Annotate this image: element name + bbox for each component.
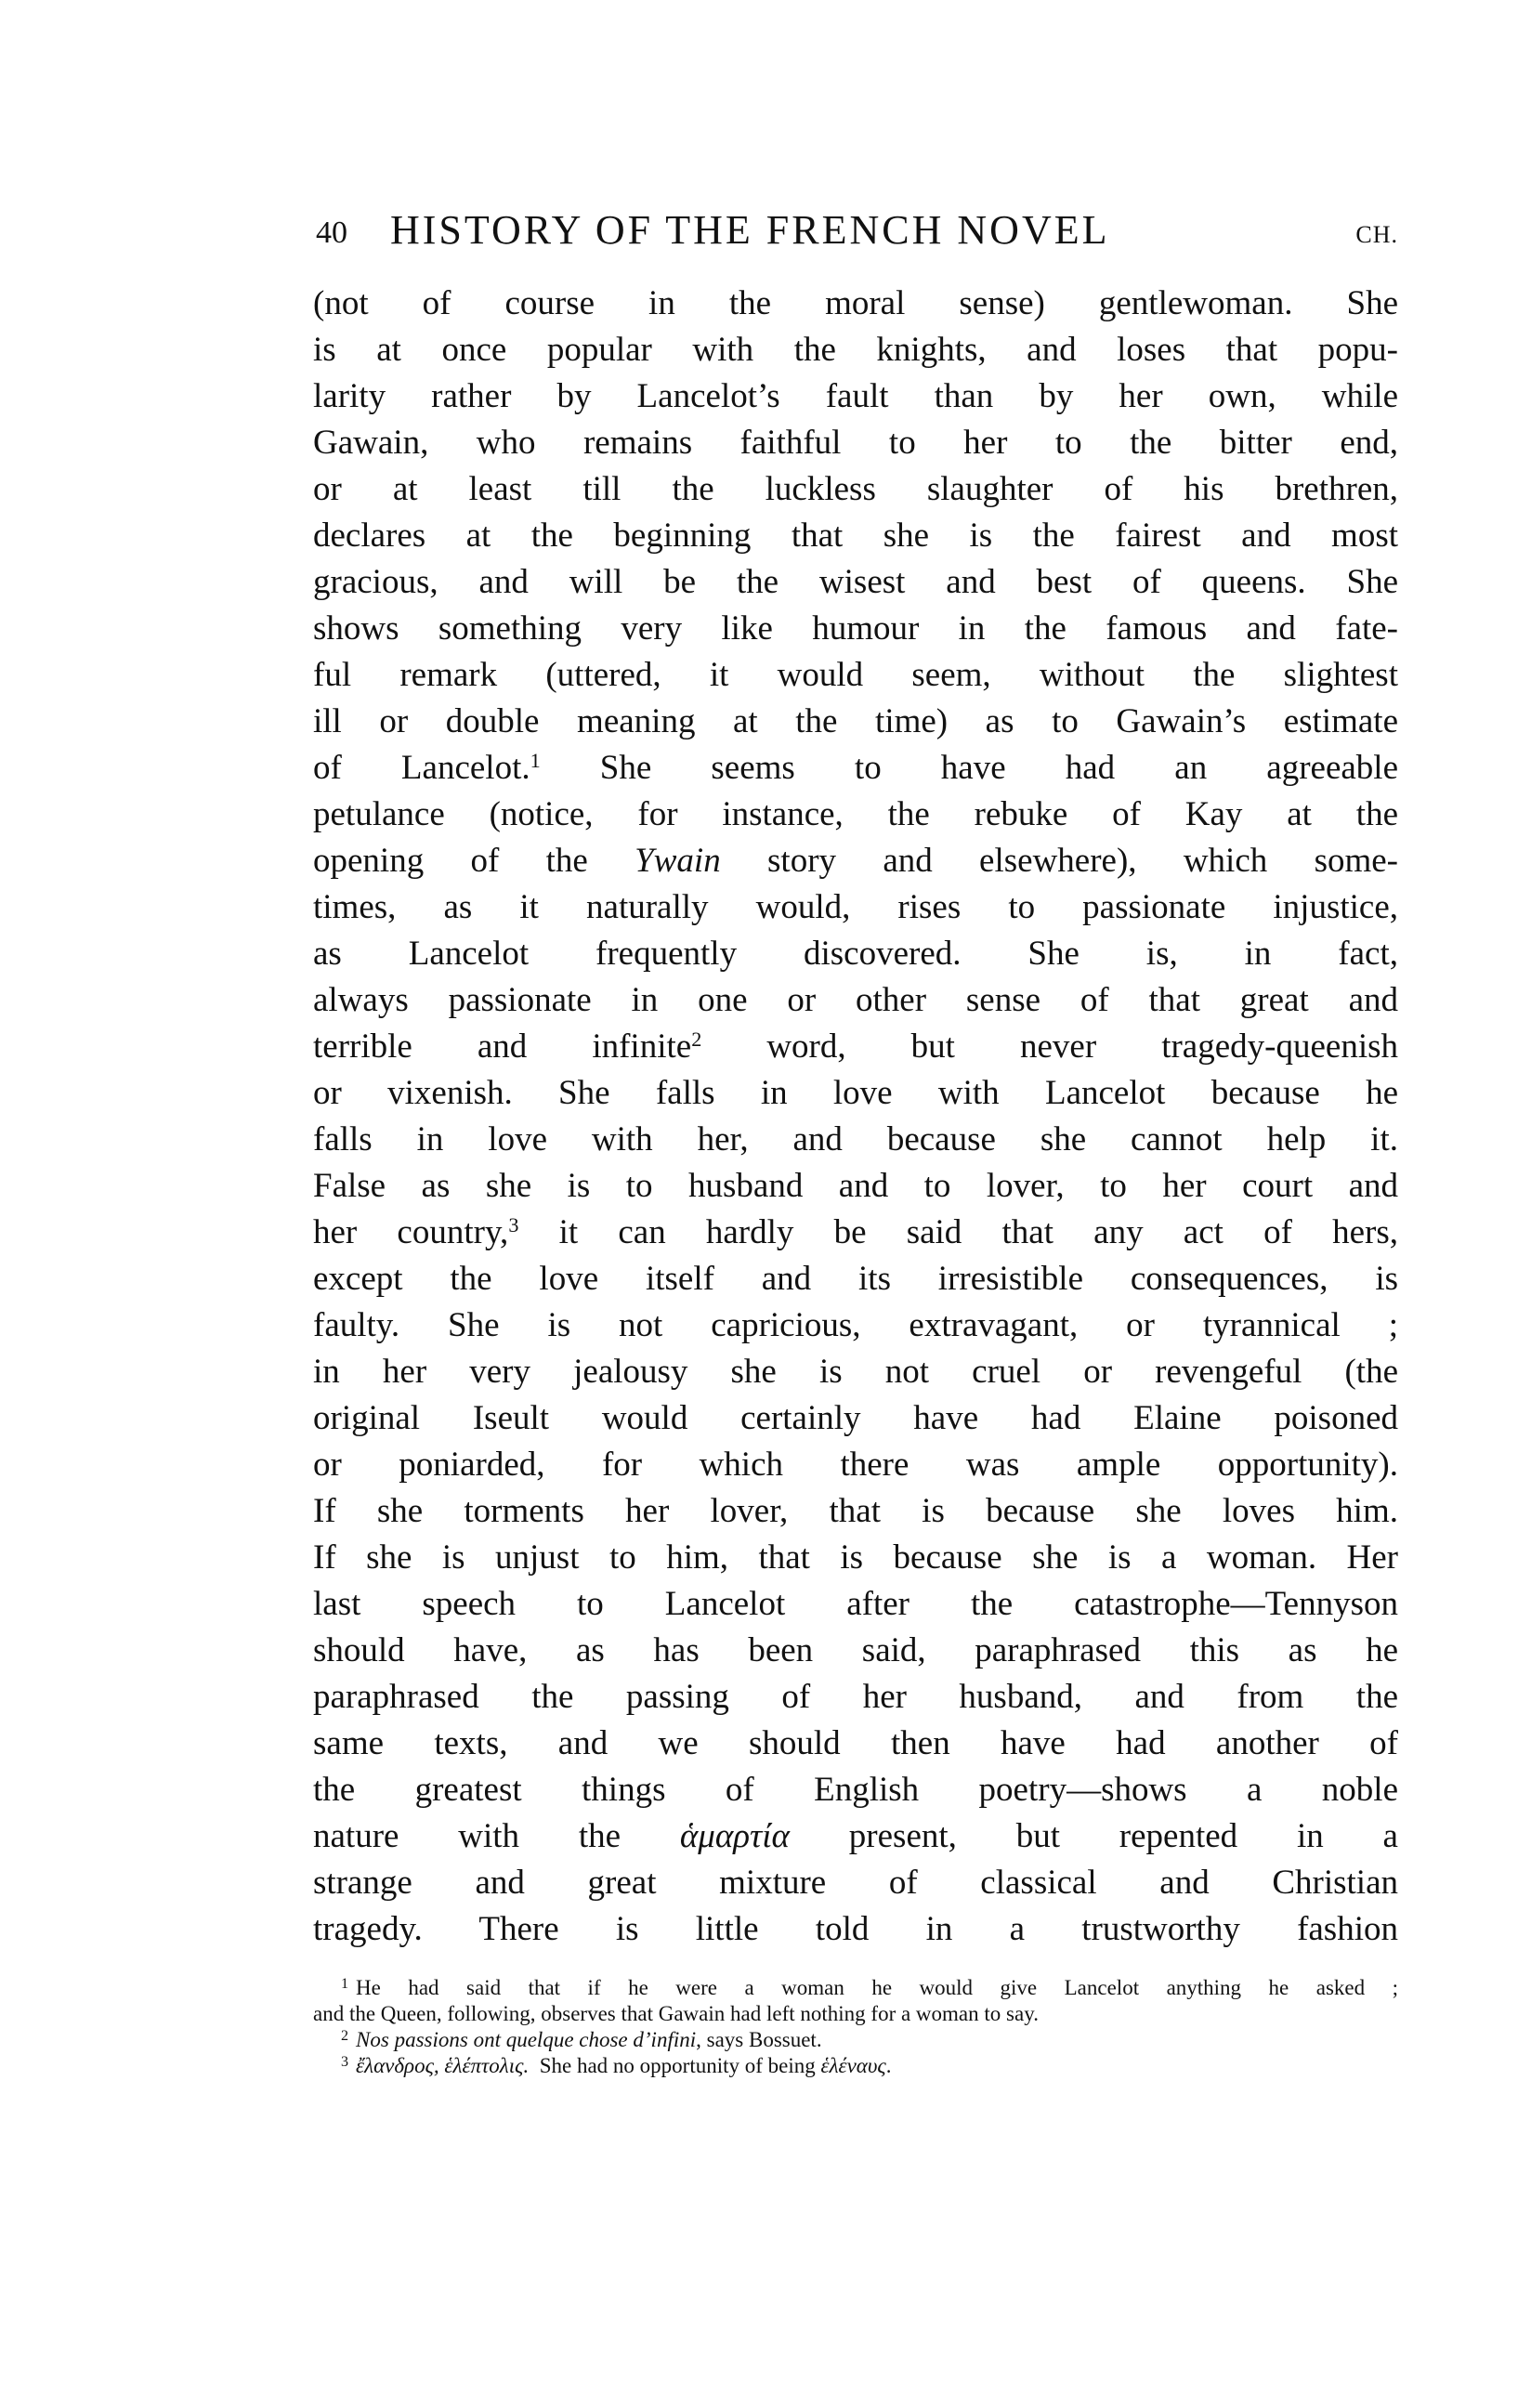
line-text: always passionate in one or other sense … bbox=[313, 981, 1398, 1019]
page-number: 40 bbox=[316, 216, 347, 251]
text-line: opening of the Ywain story and elsewhere… bbox=[313, 838, 1398, 884]
line-text: paraphrased the passing of her husband, … bbox=[313, 1678, 1398, 1716]
text-line: (not of course in the moral sense) gentl… bbox=[313, 281, 1398, 327]
line-text: same texts, and we should then have had … bbox=[313, 1724, 1398, 1762]
line-text: False as she is to husband and to lover,… bbox=[313, 1167, 1398, 1205]
line-text: falls in love with her, and because she … bbox=[313, 1120, 1398, 1158]
line-text: or poniarded, for which there was ample … bbox=[313, 1446, 1398, 1484]
footnote-text: She had no opportunity of being bbox=[529, 2054, 820, 2077]
text-line: or at least till the luckless slaughter … bbox=[313, 466, 1398, 513]
footnote-reference: 3 bbox=[508, 1213, 518, 1237]
footnote-quote: Nos passions ont quelque chose d’infini bbox=[356, 2028, 696, 2051]
text-line: times, as it naturally would, rises to p… bbox=[313, 884, 1398, 931]
line-text: tragedy. There is little told in a trust… bbox=[313, 1910, 1398, 1948]
text-line: same texts, and we should then have had … bbox=[313, 1721, 1398, 1767]
line-text: present, but repented in a bbox=[790, 1817, 1398, 1855]
text-line: is at once popular with the knights, and… bbox=[313, 327, 1398, 373]
line-text: her country, bbox=[313, 1213, 508, 1251]
text-line: of Lancelot.1 She seems to have had an a… bbox=[313, 745, 1398, 792]
footnote-reference: 1 bbox=[530, 749, 541, 772]
line-text: times, as it naturally would, rises to p… bbox=[313, 888, 1398, 926]
footnote-text: and the Queen, following, observes that … bbox=[313, 2002, 1039, 2025]
text-line: or vixenish. She falls in love with Lanc… bbox=[313, 1070, 1398, 1117]
footnote-mark: 1 bbox=[341, 1976, 348, 1992]
line-text: She seems to have had an agreeable bbox=[541, 749, 1398, 787]
footnote-text: . bbox=[886, 2054, 892, 2077]
text-line: as Lancelot frequently discovered. She i… bbox=[313, 931, 1398, 977]
line-text: terrible and infinite bbox=[313, 1027, 691, 1066]
text-line: or poniarded, for which there was ample … bbox=[313, 1442, 1398, 1488]
text-line: shows something very like humour in the … bbox=[313, 606, 1398, 652]
line-text: should have, as has been said, paraphras… bbox=[313, 1631, 1398, 1669]
footnotes: 1He had said that if he were a woman he … bbox=[313, 1975, 1398, 2079]
text-line: ful remark (uttered, it would seem, with… bbox=[313, 652, 1398, 699]
line-text: (not of course in the moral sense) gentl… bbox=[313, 284, 1398, 322]
line-text: original Iseult would certainly have had… bbox=[313, 1399, 1398, 1437]
line-text: as Lancelot frequently discovered. She i… bbox=[313, 935, 1398, 973]
running-title: HISTORY OF THE FRENCH NOVEL bbox=[390, 206, 1109, 254]
text-line: original Iseult would certainly have had… bbox=[313, 1395, 1398, 1442]
running-head: 40 HISTORY OF THE FRENCH NOVEL CH. bbox=[316, 206, 1398, 253]
text-line: last speech to Lancelot after the catast… bbox=[313, 1581, 1398, 1628]
line-text: is at once popular with the knights, and… bbox=[313, 331, 1398, 369]
line-text: faulty. She is not capricious, extravaga… bbox=[313, 1306, 1398, 1344]
text-line: nature with the ἁμαρτία present, but rep… bbox=[313, 1813, 1398, 1860]
footnote-2: 2Nos passions ont quelque chose d’infini… bbox=[313, 2027, 1398, 2053]
text-line: the greatest things of English poetry—sh… bbox=[313, 1767, 1398, 1813]
line-text: nature with the bbox=[313, 1817, 680, 1855]
line-text: strange and great mixture of classical a… bbox=[313, 1864, 1398, 1902]
line-text: ill or double meaning at the time) as to… bbox=[313, 702, 1398, 740]
text-line: faulty. She is not capricious, extravaga… bbox=[313, 1302, 1398, 1349]
text-line: ill or double meaning at the time) as to… bbox=[313, 699, 1398, 745]
text-line: paraphrased the passing of her husband, … bbox=[313, 1674, 1398, 1721]
line-text: except the love itself and its irresisti… bbox=[313, 1260, 1398, 1298]
text-line: falls in love with her, and because she … bbox=[313, 1117, 1398, 1163]
text-line: strange and great mixture of classical a… bbox=[313, 1860, 1398, 1906]
text-line: If she torments her lover, that is becau… bbox=[313, 1488, 1398, 1535]
line-text: gracious, and will be the wisest and bes… bbox=[313, 563, 1398, 601]
text-line: declares at the beginning that she is th… bbox=[313, 513, 1398, 559]
line-text: petulance (notice, for instance, the reb… bbox=[313, 795, 1398, 833]
footnote-text: , says Bossuet. bbox=[696, 2028, 821, 2051]
text-line: terrible and infinite2 word, but never t… bbox=[313, 1024, 1398, 1070]
text-line: except the love itself and its irresisti… bbox=[313, 1256, 1398, 1302]
text-line: gracious, and will be the wisest and bes… bbox=[313, 559, 1398, 606]
footnote-greek: ἔλανδρος, ἑλέπτολις. bbox=[356, 2054, 529, 2077]
italic-term: Ywain bbox=[635, 842, 721, 880]
line-text: If she is unjust to him, that is because… bbox=[313, 1538, 1398, 1577]
footnote-greek: ἑλέναυς bbox=[821, 2054, 886, 2077]
text-line: should have, as has been said, paraphras… bbox=[313, 1628, 1398, 1674]
line-text: it can hardly be said that any act of he… bbox=[518, 1213, 1398, 1251]
line-text: of Lancelot. bbox=[313, 749, 530, 787]
line-text: last speech to Lancelot after the catast… bbox=[313, 1585, 1398, 1623]
line-text: or at least till the luckless slaughter … bbox=[313, 470, 1398, 508]
text-line: If she is unjust to him, that is because… bbox=[313, 1535, 1398, 1581]
text-line: Gawain, who remains faithful to her to t… bbox=[313, 420, 1398, 466]
text-line: always passionate in one or other sense … bbox=[313, 977, 1398, 1024]
text-line: larity rather by Lancelot’s fault than b… bbox=[313, 373, 1398, 420]
text-line: False as she is to husband and to lover,… bbox=[313, 1163, 1398, 1210]
italic-term: ἁμαρτία bbox=[680, 1817, 790, 1855]
footnote-1-continued: and the Queen, following, observes that … bbox=[313, 2001, 1398, 2027]
line-text: declares at the beginning that she is th… bbox=[313, 517, 1398, 555]
line-text: If she torments her lover, that is becau… bbox=[313, 1492, 1398, 1530]
line-text: opening of the bbox=[313, 842, 635, 880]
line-text: in her very jealousy she is not cruel or… bbox=[313, 1353, 1398, 1391]
chapter-abbrev: CH. bbox=[1355, 221, 1398, 249]
line-text: Gawain, who remains faithful to her to t… bbox=[313, 424, 1398, 462]
line-text: word, but never tragedy-queenish bbox=[701, 1027, 1398, 1066]
footnote-mark: 2 bbox=[341, 2028, 348, 2044]
body-text: (not of course in the moral sense) gentl… bbox=[313, 281, 1398, 1953]
line-text: shows something very like humour in the … bbox=[313, 609, 1398, 648]
text-line: in her very jealousy she is not cruel or… bbox=[313, 1349, 1398, 1395]
text-line: tragedy. There is little told in a trust… bbox=[313, 1906, 1398, 1953]
footnote-text: He had said that if he were a woman he w… bbox=[356, 1976, 1398, 1999]
text-line: her country,3 it can hardly be said that… bbox=[313, 1210, 1398, 1256]
footnote-1: 1He had said that if he were a woman he … bbox=[313, 1975, 1398, 2001]
footnote-mark: 3 bbox=[341, 2054, 348, 2070]
line-text: the greatest things of English poetry—sh… bbox=[313, 1771, 1398, 1809]
line-text: story and elsewhere), which some- bbox=[721, 842, 1398, 880]
line-text: ful remark (uttered, it would seem, with… bbox=[313, 656, 1398, 694]
footnote-reference: 2 bbox=[691, 1027, 701, 1051]
footnote-3: 3ἔλανδρος, ἑλέπτολις. She had no opportu… bbox=[313, 2053, 1398, 2079]
line-text: larity rather by Lancelot’s fault than b… bbox=[313, 377, 1398, 415]
text-line: petulance (notice, for instance, the reb… bbox=[313, 792, 1398, 838]
line-text: or vixenish. She falls in love with Lanc… bbox=[313, 1074, 1398, 1112]
